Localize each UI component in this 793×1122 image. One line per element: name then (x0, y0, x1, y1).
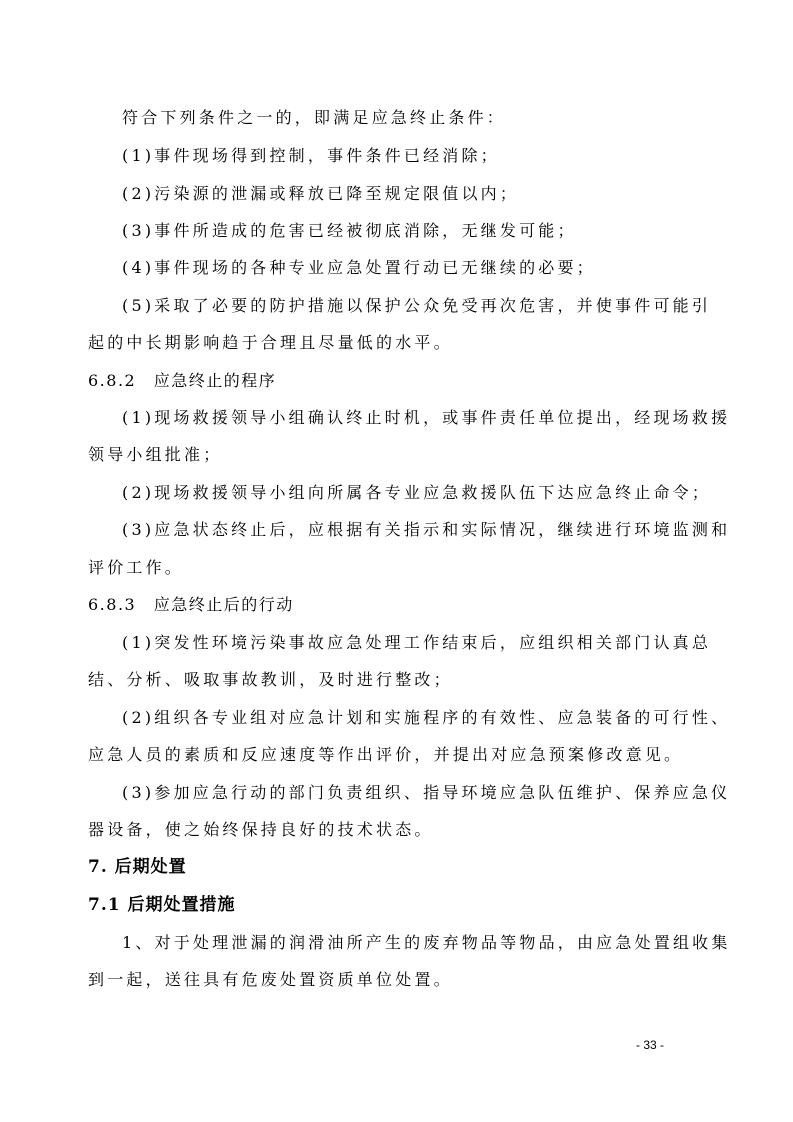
section-heading-683: 6.8.3 应急终止后的行动 (88, 595, 294, 615)
action-item-2: (2)组织各专业组对应急计划和实施程序的有效性、应急装备的可行性、 (122, 708, 730, 728)
procedure-item-1: (1)现场救援领导小组确认终止时机，或事件责任单位提出，经现场救援 (122, 408, 730, 428)
action-item-1-cont: 结、分析、吸取事故教训，及时进行整改； (88, 670, 453, 690)
condition-item-1: (1)事件现场得到控制，事件条件已经消除； (122, 146, 500, 166)
action-item-1: (1)突发性环境污染事故应急处理工作结束后，应组织相关部门认真总 (122, 633, 711, 653)
page-number: - 33 - (600, 1038, 700, 1052)
procedure-item-2: (2)现场救援领导小组向所属各专业应急救援队伍下达应急终止命令； (122, 483, 711, 503)
action-item-2-cont: 应急人员的素质和反应速度等作出评价，并提出对应急预案修改意见。 (88, 745, 683, 765)
condition-item-3: (3)事件所造成的危害已经被彻底消除，无继发可能； (122, 221, 577, 241)
condition-item-5-cont: 起的中长期影响趋于合理且尽量低的水平。 (88, 333, 453, 353)
section-heading-7: 7. 后期处置 (88, 857, 187, 877)
condition-item-4: (4)事件现场的各种专业应急处置行动已无继续的必要； (122, 258, 596, 278)
action-item-3-cont: 器设备，使之始终保持良好的技术状态。 (88, 820, 434, 840)
disposal-item-1: 1、对于处理泄漏的润滑油所产生的废弃物品等物品，由应急处置组收集 (122, 933, 731, 953)
disposal-item-1-cont: 到一起，送往具有危废处置资质单位处置。 (88, 970, 453, 990)
condition-item-5: (5)采取了必要的防护措施以保护公众免受再次危害，并使事件可能引 (122, 296, 711, 316)
procedure-item-3-cont: 评价工作。 (88, 558, 184, 578)
procedure-item-1-cont: 领导小组批准； (88, 445, 222, 465)
section-heading-682: 6.8.2 应急终止的程序 (88, 371, 276, 391)
action-item-3: (3)参加应急行动的部门负责组织、指导环境应急队伍维护、保养应急仪 (122, 783, 730, 803)
paragraph-intro: 符合下列条件之一的，即满足应急终止条件： (122, 108, 506, 128)
procedure-item-3: (3)应急状态终止后，应根据有关指示和实际情况，继续进行环境监测和 (122, 520, 730, 540)
condition-item-2: (2)污染源的泄漏或释放已降至规定限值以内； (122, 184, 519, 204)
section-heading-71: 7.1 后期处置措施 (88, 895, 236, 915)
